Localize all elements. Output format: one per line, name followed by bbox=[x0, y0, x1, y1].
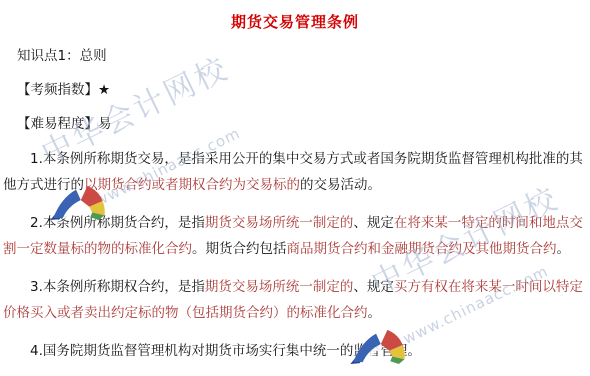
document-body: 期货交易管理条例 知识点1：总则 【考频指数】★ 【难易程度】易 1.本条例所称… bbox=[0, 0, 590, 365]
paragraph: 1.本条例所称期货交易，是指采用公开的集中交易方式或者国务院期货监督管理机构批准… bbox=[3, 147, 587, 198]
highlighted-text: 以期货合约或者期权合约为交易标的 bbox=[84, 177, 300, 193]
frequency-line: 【考频指数】★ bbox=[17, 81, 587, 100]
highlighted-text: 期货交易场所统一制定的 bbox=[205, 279, 354, 295]
document-page: 期货交易管理条例 知识点1：总则 【考频指数】★ 【难易程度】易 1.本条例所称… bbox=[0, 0, 590, 376]
difficulty-value: 易 bbox=[98, 116, 112, 132]
paragraph: 4.国务院期货监督管理机构对期货市场实行集中统一的监督管理。 bbox=[3, 339, 587, 365]
body-text: 。 bbox=[557, 241, 571, 257]
frequency-label: 【考频指数】 bbox=[17, 82, 98, 98]
body-text: 。 bbox=[368, 305, 382, 321]
body-text: 3.本条例所称期权合约，是指 bbox=[30, 279, 205, 295]
body-text: 。期货合约包括 bbox=[192, 241, 287, 257]
paragraph: 3.本条例所称期权合约，是指期货交易场所统一制定的、规定买方有权在将来某一时间以… bbox=[3, 275, 587, 326]
body-text: 的交易活动。 bbox=[300, 177, 381, 193]
star-icon: ★ bbox=[98, 82, 110, 98]
highlighted-text: 期货交易场所统一制定的 bbox=[205, 215, 354, 231]
body-text: 2.本条例所称期货合约，是指 bbox=[30, 215, 205, 231]
difficulty-line: 【难易程度】易 bbox=[17, 115, 587, 134]
difficulty-label: 【难易程度】 bbox=[17, 116, 98, 132]
body-text: 、规定 bbox=[353, 215, 394, 231]
page-title: 期货交易管理条例 bbox=[3, 12, 587, 32]
paragraph: 2.本条例所称期货合约，是指期货交易场所统一制定的、规定在将来某一特定的时间和地… bbox=[3, 211, 587, 262]
body-text: 4.国务院期货监督管理机构对期货市场实行集中统一的监督管理。 bbox=[30, 343, 421, 359]
paragraph-list: 1.本条例所称期货交易，是指采用公开的集中交易方式或者国务院期货监督管理机构批准… bbox=[3, 147, 587, 365]
body-text: 、规定 bbox=[353, 279, 394, 295]
highlighted-text: 商品期货合约和金融期货合约及其他期货合约 bbox=[287, 241, 557, 257]
knowledge-point-line: 知识点1：总则 bbox=[17, 47, 587, 66]
